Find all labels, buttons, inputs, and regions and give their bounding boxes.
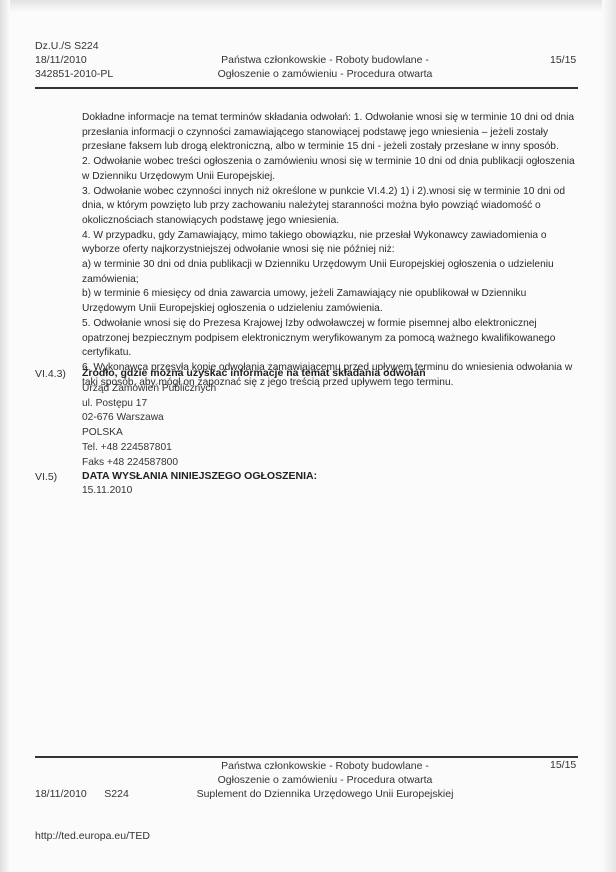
- section-title: Źródło, gdzie można uzyskać informacje n…: [82, 367, 426, 379]
- paragraph: 3. Odwołanie wobec czynności innych niż …: [82, 185, 582, 229]
- header-page-number: 15/15: [550, 53, 576, 67]
- header-title-line-1: Państwa członkowskie - Roboty budowlane …: [180, 53, 470, 67]
- header-divider: [35, 87, 578, 89]
- header-left: Dz.U./S S224 18/11/2010 342851-2010-PL: [35, 39, 113, 81]
- footer-url[interactable]: http://ted.europa.eu/TED: [35, 829, 150, 843]
- paragraph: 5. Odwołanie wnosi się do Prezesa Krajow…: [82, 317, 582, 361]
- phone: Tel. +48 224587801: [82, 441, 216, 456]
- header-notice-id: 342851-2010-PL: [35, 67, 113, 81]
- footer-page-number: 15/15: [550, 758, 576, 772]
- footer-left: 18/11/2010 S224 http://ted.europa.eu/TED: [35, 759, 150, 857]
- section-title: DATA WYSŁANIA NINIEJSZEGO OGŁOSZENIA:: [82, 470, 317, 482]
- postal-city: 02-676 Warszawa: [82, 411, 216, 426]
- section-number: VI.4.3): [35, 368, 66, 380]
- dispatch-date: 15.11.2010: [82, 484, 132, 499]
- header-date: 18/11/2010: [35, 53, 113, 67]
- footer-title-line-1: Państwa członkowskie - Roboty budowlane …: [180, 759, 470, 773]
- paragraph: 2. Odwołanie wobec treści ogłoszenia o z…: [82, 155, 582, 184]
- appeal-info-source-address: Urząd Zamówień Publicznych ul. Postępu 1…: [82, 382, 216, 470]
- scan-edge-top: [0, 0, 616, 12]
- footer-supplement: Suplement do Dziennika Urzędowego Unii E…: [180, 787, 470, 801]
- header-title-line-2: Ogłoszenie o zamówieniu - Procedura otwa…: [180, 67, 470, 81]
- street-address: ul. Postępu 17: [82, 397, 216, 412]
- appeal-deadlines-text: Dokładne informacje na temat terminów sk…: [82, 111, 582, 390]
- section-number: VI.5): [35, 471, 57, 483]
- scan-edge-left: [0, 0, 10, 872]
- country: POLSKA: [82, 426, 216, 441]
- paragraph: b) w terminie 6 miesięcy od dnia zawarci…: [82, 287, 582, 316]
- header-center: Państwa członkowskie - Roboty budowlane …: [180, 53, 470, 81]
- organization-name: Urząd Zamówień Publicznych: [82, 382, 216, 397]
- paragraph: a) w terminie 30 dni od dnia publikacji …: [82, 258, 582, 287]
- scan-edge-right: [602, 0, 616, 872]
- paragraph: Dokładne informacje na temat terminów sk…: [82, 111, 582, 155]
- header-journal-ref: Dz.U./S S224: [35, 39, 113, 53]
- footer-center: Państwa członkowskie - Roboty budowlane …: [180, 759, 470, 801]
- footer-title-line-2: Ogłoszenie o zamówieniu - Procedura otwa…: [180, 773, 470, 787]
- fax: Faks +48 224587800: [82, 456, 216, 471]
- footer-date-issue: 18/11/2010 S224: [35, 787, 150, 801]
- paragraph: 4. W przypadku, gdy Zamawiający, mimo ta…: [82, 229, 582, 258]
- footer-divider: [35, 756, 578, 758]
